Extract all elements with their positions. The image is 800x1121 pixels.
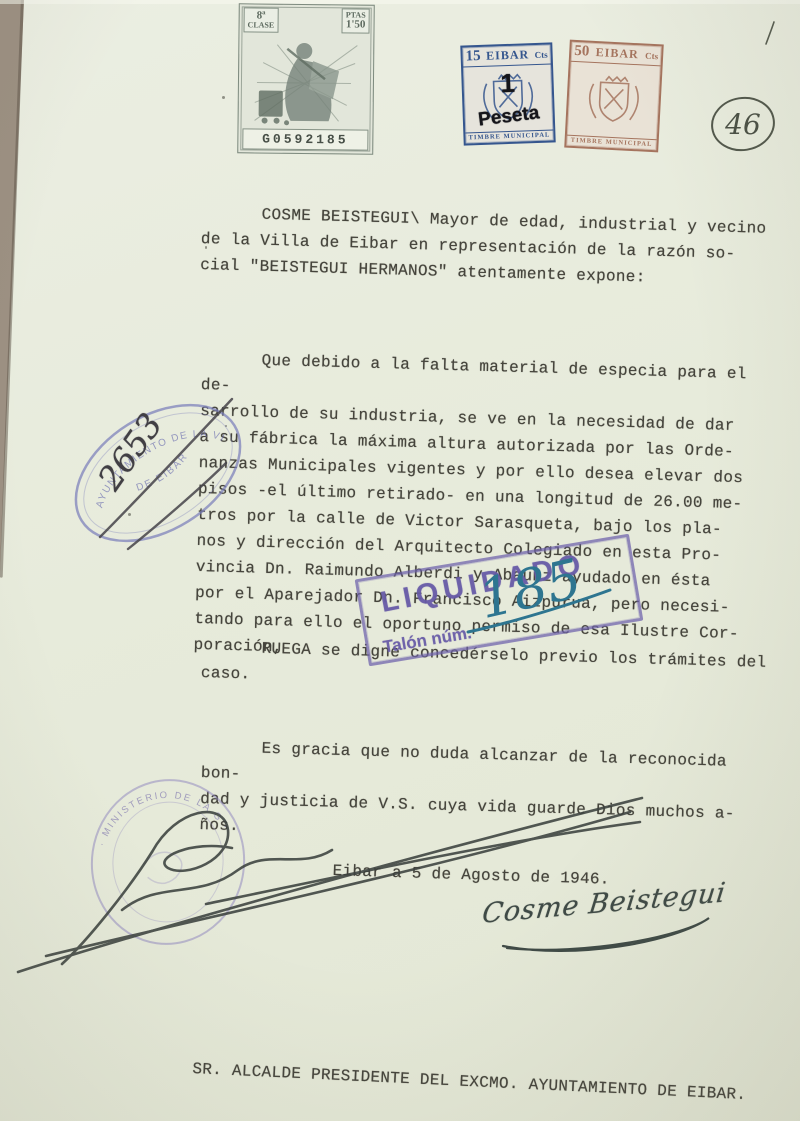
fiscal-stamp-class-box: 8ª CLASE: [243, 7, 278, 32]
pencil-tick-mark: [748, 14, 788, 54]
oval-outline: [58, 385, 258, 560]
municipal-brown-cents: Cts: [645, 51, 659, 62]
document-photo: { "letter": { "p1_lines": [ "COSME BEIST…: [0, 0, 800, 1121]
municipal-stamp-brown: 50 EIBAR Cts TIMBRE MUNICIPAL: [564, 40, 664, 153]
eibar-coat-of-arms-icon: [581, 71, 646, 130]
allegorical-figure-icon: [246, 32, 365, 129]
municipal-brown-art: [567, 62, 661, 140]
page-number-circle: 46: [695, 82, 795, 168]
overprint-value: 1: [463, 66, 552, 100]
fiscal-stamp-header: 8ª CLASE PTAS 1'50: [239, 4, 373, 33]
fiscal-stamp-value-box: PTAS 1'50: [342, 8, 370, 33]
paper-speck: [222, 96, 225, 99]
talon-number-text: 185: [473, 547, 588, 632]
fiscal-stamp: 8ª CLASE PTAS 1'50 G05921: [237, 3, 375, 154]
municipal-brown-city: EIBAR: [595, 45, 639, 62]
ayuntamiento-oval-stamp: AYUNTAMIENTO DE LA VILLA DE EIBAR: [58, 385, 258, 560]
fiscal-stamp-art: [238, 32, 373, 129]
page-number-text: 46: [724, 108, 761, 141]
fiscal-value: 1'50: [346, 19, 366, 30]
letter-paragraph-intro: COSME BEISTEGUI\ Mayor de edad, industri…: [200, 200, 768, 294]
overprint-unit: Peseta: [460, 100, 558, 134]
fiscal-stamp-serial: G0592185: [242, 128, 368, 150]
municipal-stamp-blue: 15 EIBAR Cts TIMBRE MUNICIPAL 1 Peseta: [460, 42, 555, 145]
signature-underline-flourish: [495, 912, 720, 967]
peseta-overprint: 1 Peseta: [462, 44, 553, 143]
paper-top-edge: [0, 0, 800, 4]
municipal-brown-value: 50: [574, 44, 590, 59]
talon-number-handwritten: 185: [452, 540, 622, 655]
fiscal-class-label: CLASE: [248, 20, 275, 29]
